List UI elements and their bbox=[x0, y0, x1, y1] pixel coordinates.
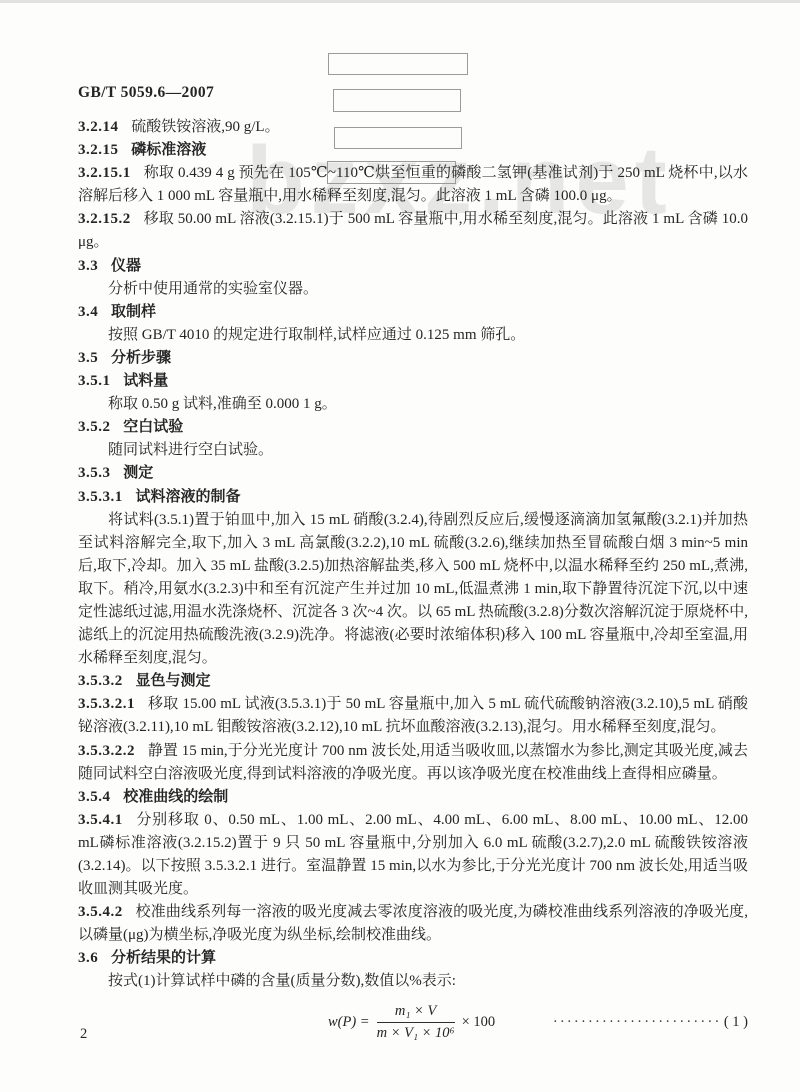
clause-heading: 3.4取制样 bbox=[78, 301, 748, 324]
clause-number: 3.5.3.2.1 bbox=[78, 696, 135, 712]
formula-multiplier: × 100 bbox=[462, 1014, 496, 1031]
clause-number: 3.5.4.1 bbox=[78, 812, 123, 828]
clause-text: 移取 50.00 mL 溶液(3.2.15.1)于 500 mL 容量瓶中,用水… bbox=[78, 211, 748, 250]
clause-text: 磷标准溶液 bbox=[131, 142, 206, 158]
formula-numerator: m₁ × V bbox=[377, 1003, 455, 1023]
clause-number: 3.5.3.2.2 bbox=[78, 743, 135, 759]
clause-text: 取制样 bbox=[111, 304, 156, 320]
clause-number: 3.5 bbox=[78, 350, 98, 366]
formula-denominator: m × V₁ × 10⁶ bbox=[377, 1023, 455, 1042]
clause-text: 硫酸铁铵溶液,90 g/L。 bbox=[131, 119, 279, 135]
clause-number: 3.2.15.2 bbox=[78, 211, 131, 227]
clause-number: 3.5.3.1 bbox=[78, 489, 123, 505]
paragraph: 分析中使用通常的实验室仪器。 bbox=[78, 278, 748, 301]
clause-heading: 3.6分析结果的计算 bbox=[78, 947, 748, 970]
clause-text: 分析中使用通常的实验室仪器。 bbox=[108, 281, 318, 297]
blank-box-2 bbox=[333, 89, 461, 112]
clause-text: 分别移取 0、0.50 mL、1.00 mL、2.00 mL、4.00 mL、6… bbox=[78, 812, 748, 897]
formula-lhs: w(P) = bbox=[328, 1014, 370, 1031]
paragraph: 3.5.4.1分别移取 0、0.50 mL、1.00 mL、2.00 mL、4.… bbox=[78, 809, 748, 901]
clause-text: 试料溶液的制备 bbox=[136, 489, 241, 505]
clause-text: 仪器 bbox=[111, 258, 141, 274]
clause-text: 显色与测定 bbox=[136, 673, 211, 689]
clause-number: 3.2.15.1 bbox=[78, 165, 131, 181]
clause-text: 静置 15 min,于分光光度计 700 nm 波长处,用适当吸收皿,以蒸馏水为… bbox=[78, 743, 748, 782]
clause-heading: 3.5.1试料量 bbox=[78, 370, 748, 393]
clause-text: 随同试料进行空白试验。 bbox=[108, 442, 273, 458]
clause-number: 3.4 bbox=[78, 304, 98, 320]
clause-number: 3.5.3.2 bbox=[78, 673, 123, 689]
formula-1: w(P) = m₁ × V m × V₁ × 10⁶ × 100 ·······… bbox=[78, 1003, 748, 1043]
document-body: 3.2.14硫酸铁铵溶液,90 g/L。 3.2.15磷标准溶液 3.2.15.… bbox=[78, 116, 748, 1042]
clause-heading: 3.2.15磷标准溶液 bbox=[78, 139, 748, 162]
clause-text: 移取 15.00 mL 试液(3.5.3.1)于 50 mL 容量瓶中,加入 5… bbox=[78, 696, 748, 735]
clause-text: 将试料(3.5.1)置于铂皿中,加入 15 mL 硝酸(3.2.4),待剧烈反应… bbox=[78, 512, 748, 667]
clause-text: 分析步骤 bbox=[111, 350, 171, 366]
scan-edge-artifact bbox=[0, 0, 800, 3]
clause-number: 3.3 bbox=[78, 258, 98, 274]
paragraph: 3.2.15.2移取 50.00 mL 溶液(3.2.15.1)于 500 mL… bbox=[78, 208, 748, 254]
clause-text: 按式(1)计算试样中磷的含量(质量分数),数值以%表示: bbox=[108, 973, 456, 989]
blank-box-1 bbox=[328, 53, 468, 75]
clause-text: 试料量 bbox=[123, 373, 168, 389]
paragraph: 3.2.14硫酸铁铵溶液,90 g/L。 bbox=[78, 116, 748, 139]
clause-heading: 3.5分析步骤 bbox=[78, 347, 748, 370]
clause-text: 测定 bbox=[123, 465, 153, 481]
clause-number: 3.5.4.2 bbox=[78, 904, 123, 920]
clause-text: 校准曲线系列每一溶液的吸光度减去零浓度溶液的吸光度,为磷校准曲线系列溶液的净吸光… bbox=[78, 904, 748, 943]
paragraph: 按照 GB/T 4010 的规定进行取制样,试样应通过 0.125 mm 筛孔。 bbox=[78, 324, 748, 347]
clause-number: 3.2.15 bbox=[78, 142, 119, 158]
clause-text: 称取 0.50 g 试料,准确至 0.000 1 g。 bbox=[108, 396, 337, 412]
clause-heading: 3.5.3.2显色与测定 bbox=[78, 670, 748, 693]
paragraph: 3.5.3.2.1移取 15.00 mL 试液(3.5.3.1)于 50 mL … bbox=[78, 693, 748, 739]
clause-number: 3.5.4 bbox=[78, 789, 111, 805]
paragraph: 3.5.4.2校准曲线系列每一溶液的吸光度减去零浓度溶液的吸光度,为磷校准曲线系… bbox=[78, 901, 748, 947]
clause-heading: 3.5.3测定 bbox=[78, 462, 748, 485]
clause-heading: 3.5.3.1试料溶液的制备 bbox=[78, 486, 748, 509]
clause-text: 称取 0.439 4 g 预先在 105℃~110℃烘至恒重的磷酸二氢钾(基准试… bbox=[78, 165, 748, 204]
standard-number: GB/T 5059.6—2007 bbox=[78, 84, 214, 102]
clause-text: 空白试验 bbox=[123, 419, 183, 435]
clause-heading: 3.5.2空白试验 bbox=[78, 416, 748, 439]
document-page: bzxz.net GB/T 5059.6—2007 3.2.14硫酸铁铵溶液,9… bbox=[0, 0, 800, 1092]
paragraph: 3.5.3.2.2静置 15 min,于分光光度计 700 nm 波长处,用适当… bbox=[78, 740, 748, 786]
formula-fraction: m₁ × V m × V₁ × 10⁶ bbox=[377, 1003, 455, 1043]
page-number: 2 bbox=[80, 1026, 87, 1043]
formula-dot-leader: ······································· bbox=[553, 1014, 721, 1031]
clause-heading: 3.3仪器 bbox=[78, 255, 748, 278]
paragraph: 3.2.15.1称取 0.439 4 g 预先在 105℃~110℃烘至恒重的磷… bbox=[78, 162, 748, 208]
paragraph: 随同试料进行空白试验。 bbox=[78, 439, 748, 462]
paragraph: 称取 0.50 g 试料,准确至 0.000 1 g。 bbox=[78, 393, 748, 416]
clause-number: 3.6 bbox=[78, 950, 98, 966]
paragraph: 将试料(3.5.1)置于铂皿中,加入 15 mL 硝酸(3.2.4),待剧烈反应… bbox=[78, 509, 748, 671]
paragraph: 按式(1)计算试样中磷的含量(质量分数),数值以%表示: bbox=[78, 970, 748, 993]
clause-number: 3.2.14 bbox=[78, 119, 119, 135]
formula-eq-number: ( 1 ) bbox=[724, 1014, 748, 1031]
clause-text: 校准曲线的绘制 bbox=[123, 789, 228, 805]
clause-text: 按照 GB/T 4010 的规定进行取制样,试样应通过 0.125 mm 筛孔。 bbox=[108, 327, 525, 343]
clause-text: 分析结果的计算 bbox=[111, 950, 216, 966]
clause-number: 3.5.3 bbox=[78, 465, 111, 481]
clause-heading: 3.5.4校准曲线的绘制 bbox=[78, 786, 748, 809]
clause-number: 3.5.2 bbox=[78, 419, 111, 435]
clause-number: 3.5.1 bbox=[78, 373, 111, 389]
